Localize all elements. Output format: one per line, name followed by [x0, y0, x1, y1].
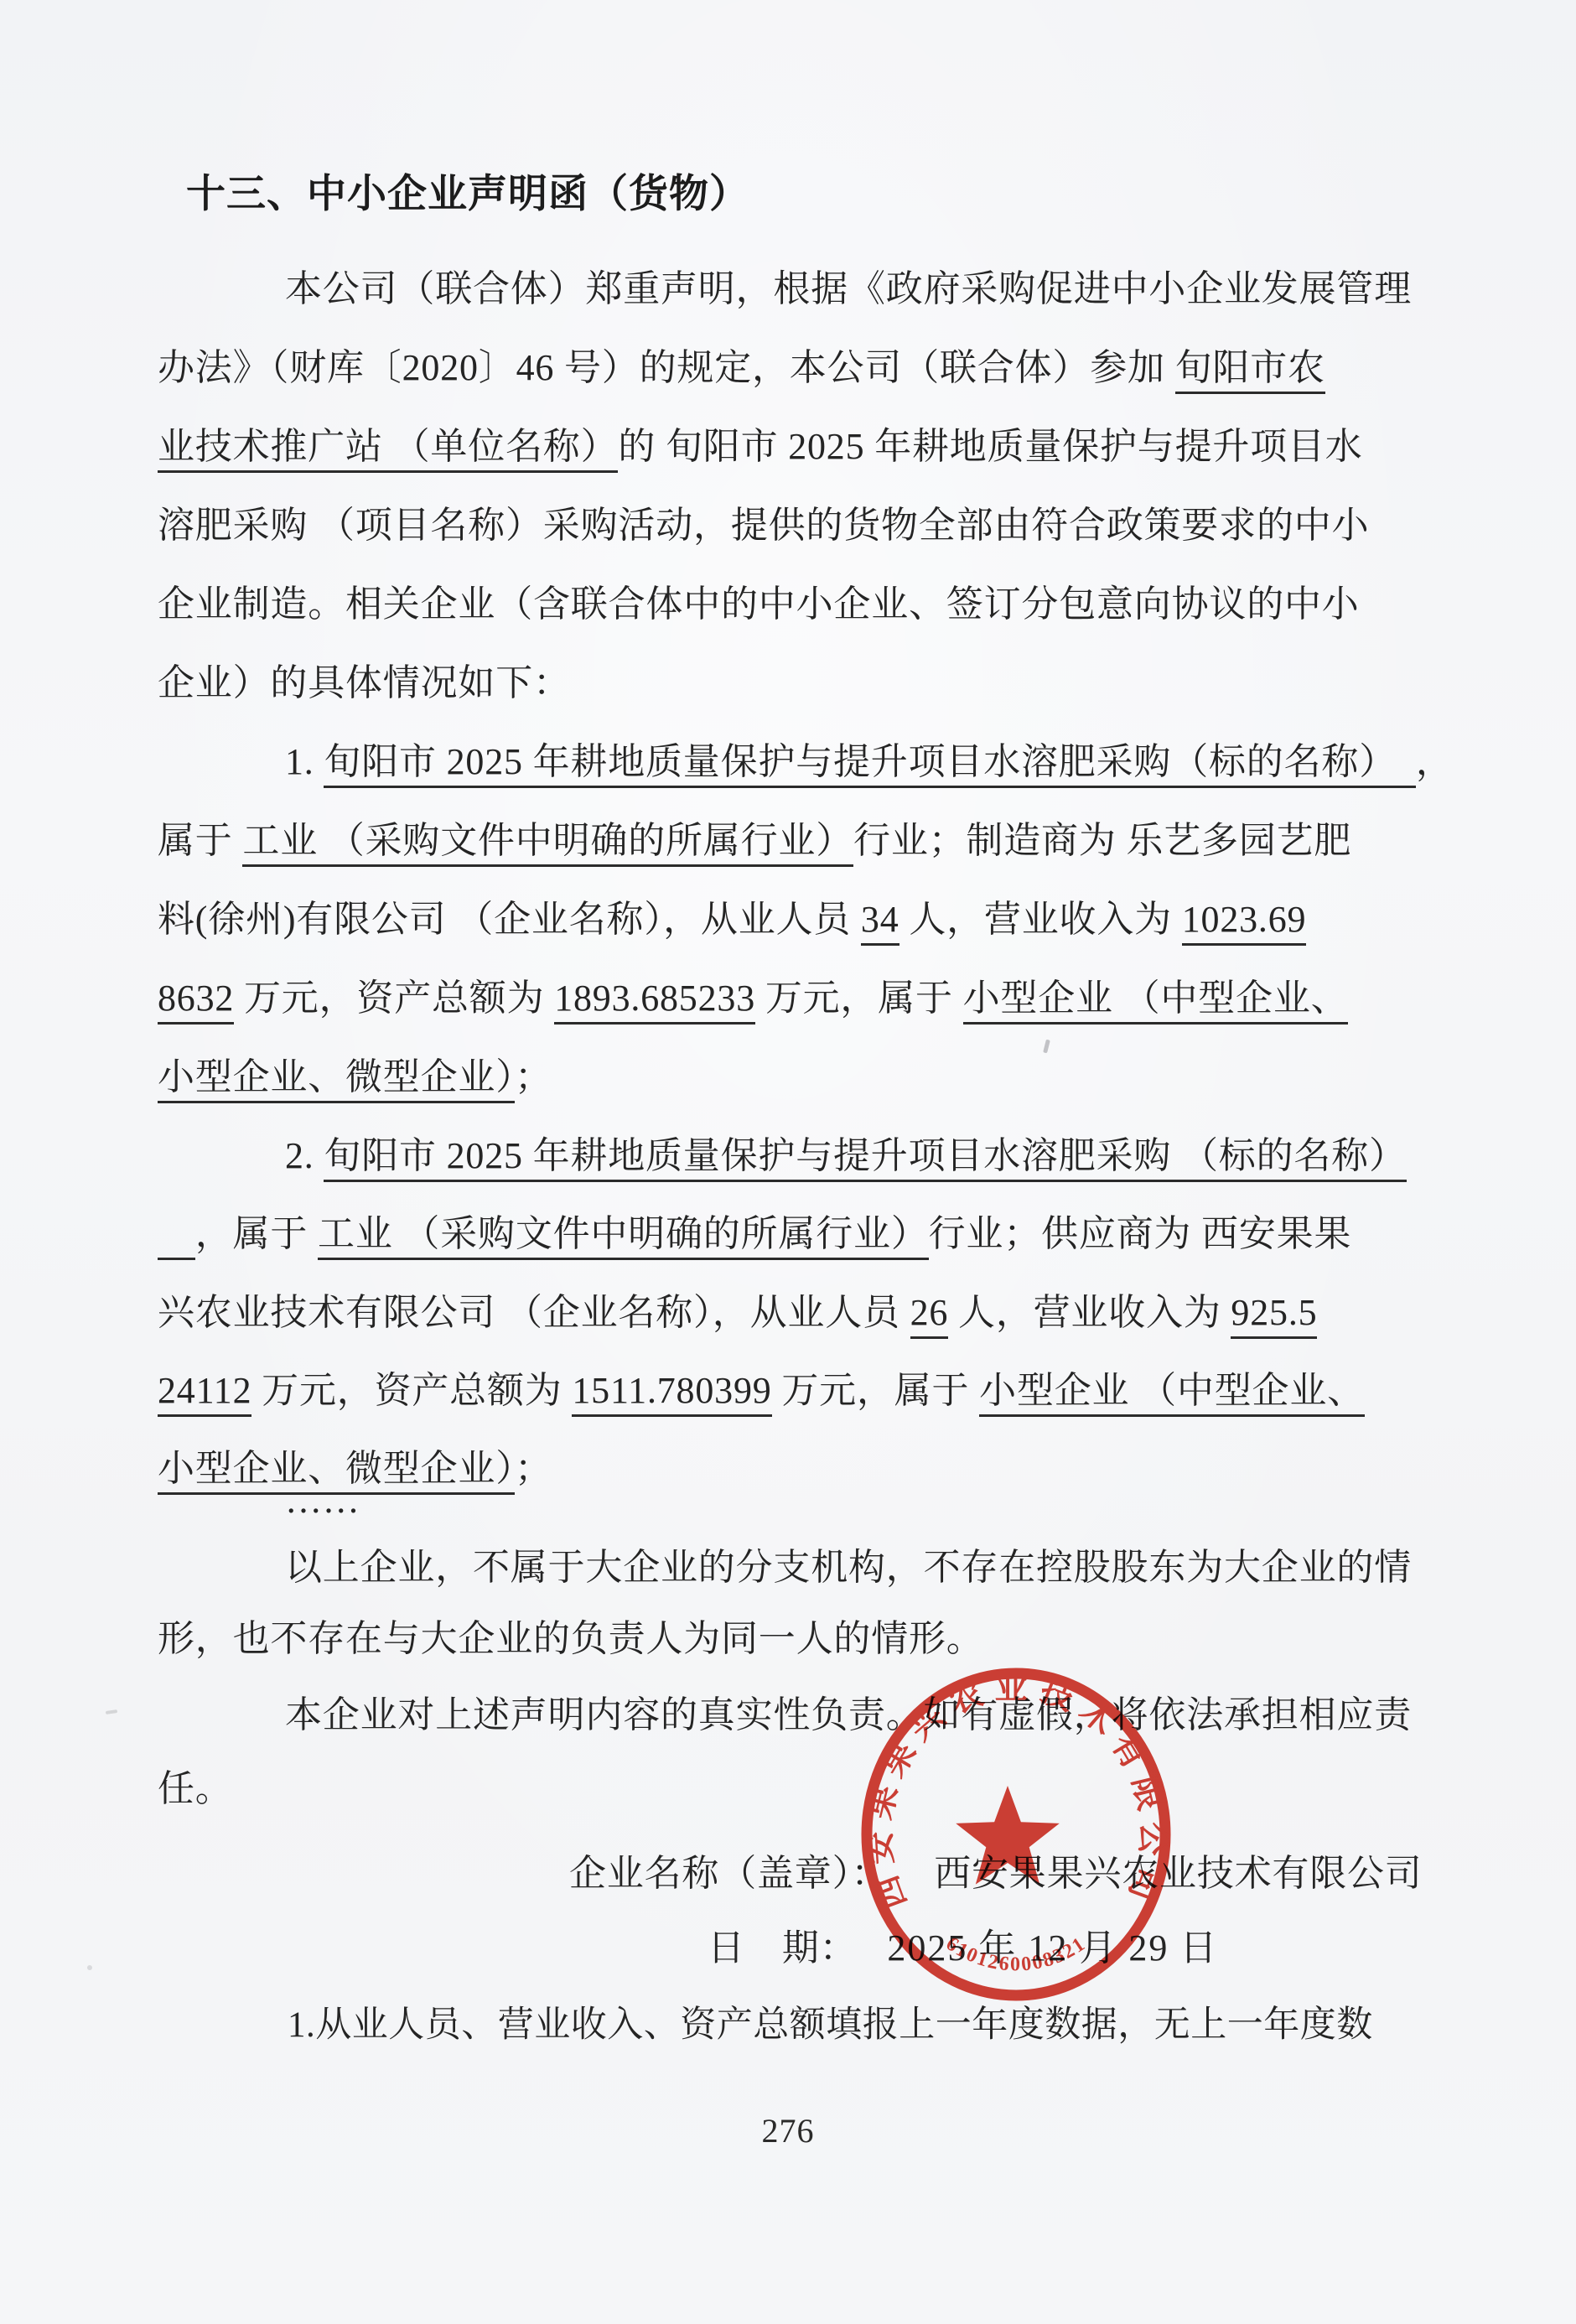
- underlined-field: 小型企业 （中型企业、: [963, 978, 1349, 1025]
- text-segment: 人，营业收入为: [948, 1292, 1231, 1333]
- underlined-field: 1023.69: [1182, 899, 1307, 946]
- document-title: 十三、中小企业声明函（货物）: [186, 164, 749, 225]
- text-segment: 本公司（联合体）郑重声明，根据《政府采购促进中小企业发展管理: [285, 268, 1412, 309]
- underlined-field: 24112: [158, 1370, 251, 1417]
- underlined-field: 业技术推广站 （单位名称）: [158, 426, 618, 473]
- text-segment: 行业；供应商为 西安果果: [929, 1213, 1352, 1254]
- doc-line: ，属于 工业 （采购文件中明确的所属行业）行业；供应商为 西安果果: [158, 1207, 1450, 1261]
- scanned-document-page: 十三、中小企业声明函（货物） 本公司（联合体）郑重声明，根据《政府采购促进中小企…: [0, 0, 1576, 2324]
- doc-line: 溶肥采购 （项目名称）采购活动，提供的货物全部由符合政策要求的中小: [158, 499, 1450, 552]
- underlined-field: 小型企业、微型企业）: [158, 1056, 515, 1103]
- scan-speck: [87, 1965, 92, 1970]
- doc-line: 业技术推广站 （单位名称）的 旬阳市 2025 年耕地质量保护与提升项目水: [158, 420, 1450, 474]
- underlined-field: 8632: [158, 978, 234, 1025]
- company-seal-stamp: 西安果果兴农业技术有限公司 6101260008321: [844, 1658, 1188, 2010]
- underlined-field: 工业 （采购文件中明确的所属行业）: [242, 820, 853, 867]
- company-seal-label: 企业名称（盖章）：: [569, 1853, 889, 1894]
- text-segment: ……: [285, 1480, 360, 1521]
- doc-line: 形，也不存在与大企业的负责人为同一人的情形。: [158, 1612, 1450, 1666]
- footnote-line: 1.从业人员、营业收入、资产总额填报上一年度数据，无上一年度数: [288, 1999, 1373, 2052]
- doc-line: 企业制造。相关企业（含联合体中的中小企业、签订分包意向协议的中小: [158, 578, 1450, 631]
- doc-line: 本公司（联合体）郑重声明，根据《政府采购促进中小企业发展管理: [158, 262, 1450, 316]
- doc-line: 以上企业，不属于大企业的分支机构，不存在控股股东为大企业的情: [158, 1541, 1450, 1595]
- text-segment: 兴农业技术有限公司 （企业名称），从业人员: [158, 1292, 910, 1333]
- underlined-field: 旬阳市 2025 年耕地质量保护与提升项目水溶肥采购（标的名称）: [324, 741, 1415, 788]
- scan-speck: [106, 1709, 117, 1714]
- underlined-field: 小型企业 （中型企业、: [979, 1370, 1365, 1417]
- page-number: 276: [0, 2111, 1576, 2150]
- text-segment: 2.: [285, 1135, 324, 1176]
- text-segment: ，属于: [195, 1213, 318, 1254]
- doc-line: 办法》（财库〔2020〕46 号）的规定，本公司（联合体）参加 旬阳市农: [158, 341, 1450, 395]
- doc-line: 企业）的具体情况如下：: [158, 656, 1450, 710]
- underlined-field: 26: [910, 1292, 949, 1339]
- doc-line: 任。: [158, 1762, 1450, 1816]
- seal-company-text: 西安果果兴农业技术有限公司: [859, 1668, 1173, 1915]
- text-segment: 任。: [158, 1768, 233, 1809]
- text-segment: 的 旬阳市 2025 年耕地质量保护与提升项目水: [618, 426, 1362, 467]
- doc-line: 1. 旬阳市 2025 年耕地质量保护与提升项目水溶肥采购（标的名称） ，: [158, 735, 1450, 789]
- doc-line: ……: [158, 1474, 1450, 1528]
- seal-company-textpath: 西安果果兴农业技术有限公司: [859, 1668, 1173, 1915]
- text-segment: 形，也不存在与大企业的负责人为同一人的情形。: [158, 1618, 984, 1659]
- doc-line: 2. 旬阳市 2025 年耕地质量保护与提升项目水溶肥采购 （标的名称）: [158, 1129, 1450, 1183]
- text-segment: 以上企业，不属于大企业的分支机构，不存在控股股东为大企业的情: [285, 1547, 1412, 1588]
- seal-serial-text: 6101260008321: [942, 1932, 1091, 1975]
- text-segment: 1.: [285, 741, 324, 782]
- text-segment: 行业；制造商为 乐艺多园艺肥: [853, 820, 1351, 861]
- doc-line: 24112 万元，资产总额为 1511.780399 万元，属于 小型企业 （中…: [158, 1364, 1450, 1418]
- doc-line: 兴农业技术有限公司 （企业名称），从业人员 26 人，营业收入为 925.5: [158, 1286, 1450, 1340]
- underlined-field: 925.5: [1231, 1292, 1317, 1339]
- text-segment: 万元，属于: [755, 978, 963, 1019]
- text-segment: ；: [515, 1056, 552, 1097]
- underlined-field: 34: [861, 899, 899, 946]
- text-segment: 企业）的具体情况如下：: [158, 662, 571, 703]
- underlined-field: 1893.685233: [554, 978, 755, 1025]
- underlined-field: [158, 1213, 195, 1260]
- text-segment: 万元，属于: [772, 1370, 980, 1411]
- text-segment: 人，营业收入为: [899, 899, 1182, 940]
- seal-star-icon: [956, 1786, 1060, 1885]
- text-segment: 企业制造。相关企业（含联合体中的中小企业、签订分包意向协议的中小: [158, 584, 1360, 625]
- text-segment: 万元，资产总额为: [234, 978, 554, 1019]
- doc-line: 料(徐州)有限公司 （企业名称），从业人员 34 人，营业收入为 1023.69: [158, 893, 1450, 947]
- text-segment: 溶肥采购 （项目名称）采购活动，提供的货物全部由符合政策要求的中小: [158, 505, 1369, 546]
- text-segment: 属于: [158, 820, 242, 861]
- underlined-field: 工业 （采购文件中明确的所属行业）: [318, 1213, 929, 1260]
- text-segment: 万元，资产总额为: [251, 1370, 572, 1411]
- doc-line: 8632 万元，资产总额为 1893.685233 万元，属于 小型企业 （中型…: [158, 972, 1450, 1025]
- doc-line: 属于 工业 （采购文件中明确的所属行业）行业；制造商为 乐艺多园艺肥: [158, 814, 1450, 868]
- doc-line: 小型企业、微型企业）；: [158, 1050, 1450, 1104]
- seal-serial-textpath: 6101260008321: [942, 1932, 1091, 1975]
- text-segment: 办法》（财库〔2020〕46 号）的规定，本公司（联合体）参加: [158, 347, 1175, 388]
- underlined-field: 旬阳市 2025 年耕地质量保护与提升项目水溶肥采购 （标的名称）: [324, 1135, 1406, 1182]
- doc-line: 本企业对上述声明内容的真实性负责。如有虚假，将依法承担相应责: [158, 1689, 1450, 1742]
- underlined-field: 1511.780399: [572, 1370, 771, 1417]
- underlined-field: 旬阳市农: [1175, 347, 1325, 394]
- date-label-day: 日: [708, 1927, 745, 1969]
- text-segment: ，: [1416, 741, 1454, 782]
- text-segment: 料(徐州)有限公司 （企业名称），从业人员: [158, 899, 861, 940]
